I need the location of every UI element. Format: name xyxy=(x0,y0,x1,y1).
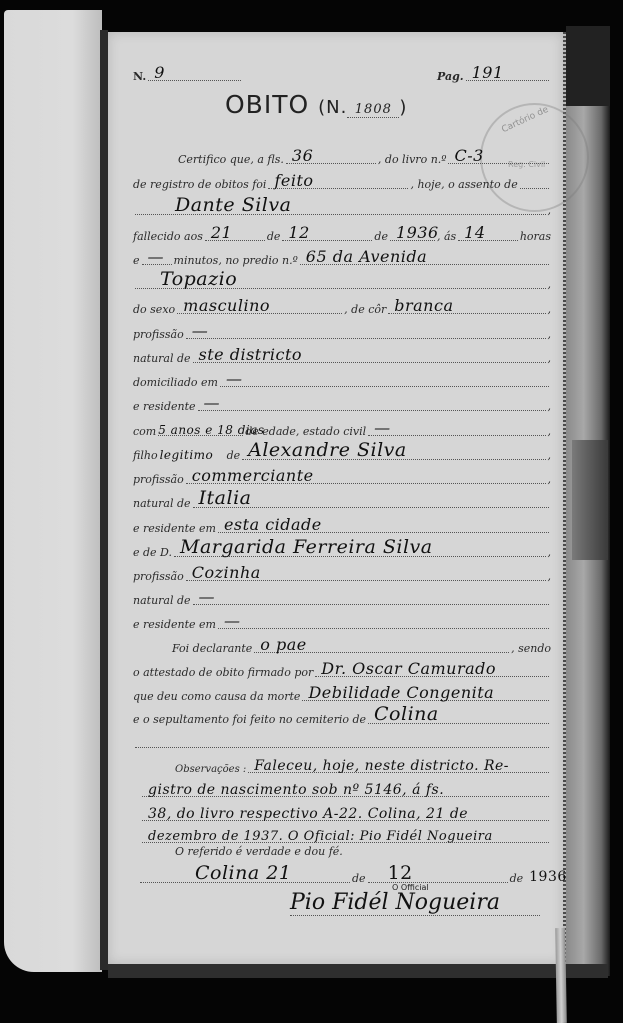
entry-number-field: 9 xyxy=(148,66,241,81)
closing-date-row: Colina 21 de 12 de 1936 xyxy=(138,868,551,885)
observacoes-line: dezembro de 1937. O Oficial: Pio Fidél N… xyxy=(148,829,493,844)
medico-value: Dr. Oscar Camurado xyxy=(321,659,496,678)
deceased-name: Dante Silva xyxy=(175,194,291,216)
observacoes-row-3: 38, do livro respectivo A-22. Colina, 21… xyxy=(140,806,551,823)
obito-number: 1808 xyxy=(347,102,399,118)
cor-value: branca xyxy=(394,296,453,315)
father-residente-row: e residente em esta cidade xyxy=(133,518,551,535)
death-day: 21 xyxy=(211,223,232,242)
mother-profissao: Cozinha xyxy=(192,563,261,582)
cemiterio-row: e o sepultamento foi feito no cemiterio … xyxy=(133,709,551,726)
declarante-row: Foi declarante o pae , sendo xyxy=(172,638,551,655)
father-name: Alexandre Silva xyxy=(248,439,407,461)
death-minutes: — xyxy=(148,247,165,266)
sexo-row: do sexo masculino , de côr branca , xyxy=(133,299,551,316)
natural-row: natural de ste districto , xyxy=(133,348,551,365)
father-natural-row: natural de Italia xyxy=(133,493,551,510)
deceased-name-row: Dante Silva , xyxy=(133,200,551,217)
age-value: 5 anos e 18 dias xyxy=(158,423,264,437)
entry-number-row: N. 9 xyxy=(133,66,243,83)
observacoes-line: gistro de nascimento sob nº 5146, á fs. xyxy=(148,782,444,798)
mother-profissao-row: profissão Cozinha , xyxy=(133,566,551,583)
folha-value: 36 xyxy=(292,146,313,165)
page-edge-shadow xyxy=(566,26,610,106)
closing-statement: O referido é verdade e dou fé. xyxy=(175,845,551,858)
attestado-row: o attestado de obito firmado por Dr. Osc… xyxy=(133,662,551,679)
mother-residente: — xyxy=(224,611,241,630)
page-edge-stain xyxy=(572,440,608,560)
closing-month: 12 xyxy=(388,862,413,884)
sexo-value: masculino xyxy=(183,296,270,315)
closing-place-day: Colina 21 xyxy=(195,862,291,884)
bookmark-ribbon xyxy=(555,928,567,1023)
mother-residente-row: e residente em — xyxy=(133,614,551,631)
livro-value: C-3 xyxy=(454,146,483,165)
book-gutter xyxy=(100,30,108,970)
book-bottom-edge xyxy=(108,964,608,978)
mother-row: e de D. Margarida Ferreira Silva , xyxy=(133,542,551,559)
street-value: Topazio xyxy=(160,268,237,290)
father-profissao: commerciante xyxy=(192,466,314,485)
minutos-row: e — minutos, no predio n.º 65 da Avenida xyxy=(133,250,551,267)
observacoes-row-4: dezembro de 1937. O Oficial: Pio Fidél N… xyxy=(140,828,551,845)
estado-civil-value: — xyxy=(374,418,391,437)
mother-natural-row: natural de — xyxy=(133,590,551,607)
profissao-row: profissão — , xyxy=(133,324,551,341)
natural-value: ste districto xyxy=(199,345,302,364)
declarante-value: o pae xyxy=(260,635,306,654)
profissao-value: — xyxy=(192,321,209,340)
predio-value: 65 da Avenida xyxy=(306,247,427,266)
domiciliado-row: domiciliado em — xyxy=(133,372,551,389)
page-number-field: 191 xyxy=(466,66,549,81)
official-signature: Pio Fidél Nogueira xyxy=(290,890,540,916)
filho-tipo: legitimo xyxy=(160,448,214,462)
residente-value: — xyxy=(204,393,221,412)
death-year: 1936 xyxy=(396,223,439,242)
causa-row: que deu como causa da morte Debilidade C… xyxy=(133,686,551,703)
father-profissao-row: profissão commerciante , xyxy=(133,469,551,486)
street-row: Topazio , xyxy=(133,274,551,291)
mother-name: Margarida Ferreira Silva xyxy=(180,536,433,558)
observacoes-line: Faleceu, hoje, neste districto. Re- xyxy=(254,758,509,774)
observacoes-row-1: Observações : Faleceu, hoje, neste distr… xyxy=(175,758,551,775)
fallecido-row: fallecido aos 21 de 12 de 1936 , ás 14 h… xyxy=(133,226,551,243)
document-title: OBITO (N.1808) xyxy=(225,90,407,119)
observacoes-row-2: gistro de nascimento sob nº 5146, á fs. xyxy=(140,782,551,799)
closing-year: 1936 xyxy=(529,869,567,885)
certifico-row: Certifico que, a fls. 36 , do livro n.º … xyxy=(178,149,551,166)
left-page xyxy=(4,10,102,972)
filho-row: filho legitimo de Alexandre Silva , xyxy=(133,445,551,462)
page-number-row: Pag. 191 xyxy=(437,66,551,83)
cemiterio-value: Colina xyxy=(374,703,439,725)
death-hour: 14 xyxy=(464,223,485,242)
registro-row: de registro de obitos foi feito , hoje, … xyxy=(133,174,551,191)
father-natural: Italia xyxy=(199,487,252,509)
idade-row: com 5 anos e 18 dias de edade, estado ci… xyxy=(133,421,551,438)
blank-row xyxy=(133,733,551,750)
death-month: 12 xyxy=(288,223,309,242)
residente-row: e residente — , xyxy=(133,396,551,413)
registro-value: feito xyxy=(274,171,313,190)
mother-natural: — xyxy=(199,587,216,606)
domiciliado-value: — xyxy=(226,369,243,388)
observacoes-line: 38, do livro respectivo A-22. Colina, 21… xyxy=(148,806,468,822)
causa-value: Debilidade Congenita xyxy=(308,683,494,702)
father-residente: esta cidade xyxy=(224,515,322,534)
